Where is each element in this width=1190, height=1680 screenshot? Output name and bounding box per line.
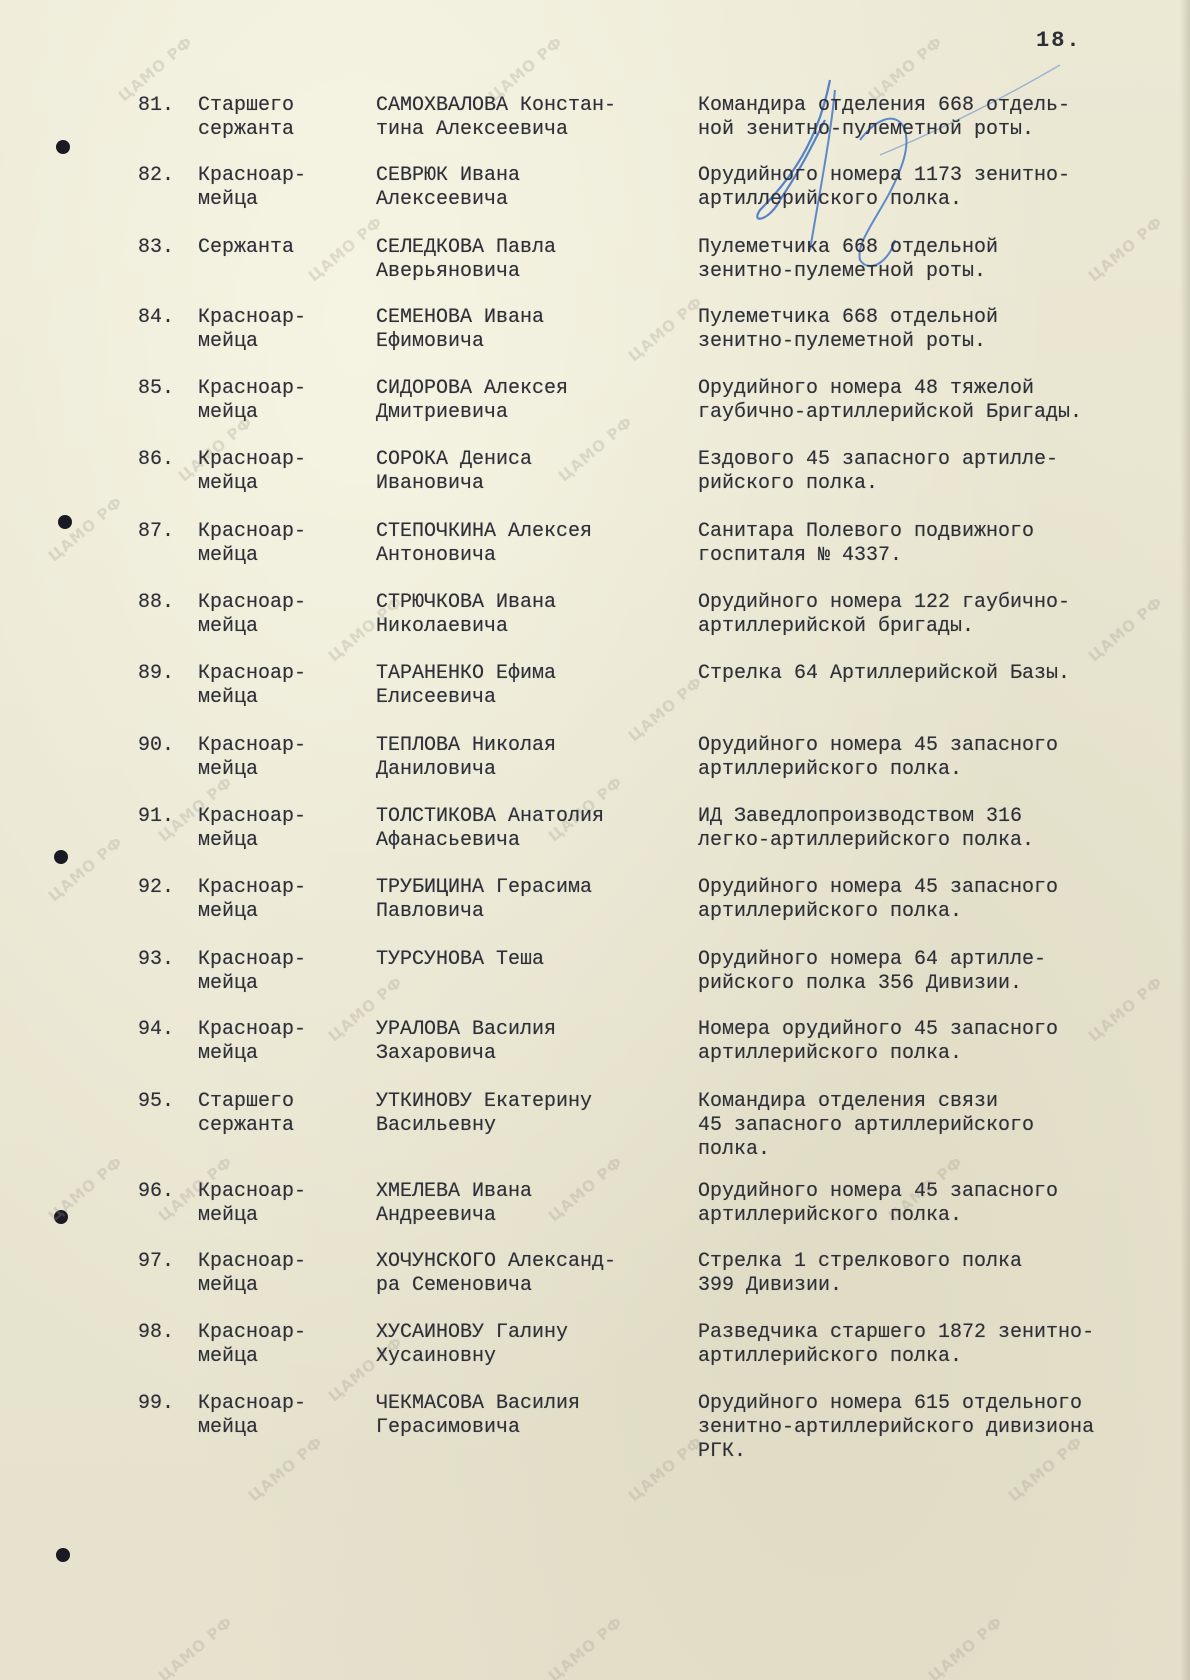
entry-rank: Сержанта [198, 236, 358, 260]
entry-position-line: Командира отделения 668 отдель- [698, 94, 1188, 118]
entry-rank: Красноар-мейца [198, 1180, 358, 1228]
entry-number: 98. [138, 1321, 198, 1345]
entry-name-line: СЕМЕНОВА Ивана [376, 306, 696, 330]
entry-number: 87. [138, 520, 198, 544]
entry-position: Стрелка 64 Артиллерийской Базы. [698, 662, 1188, 686]
punch-hole [54, 1210, 68, 1224]
entry-name-line: Хусаиновну [376, 1345, 696, 1369]
entry-number: 85. [138, 377, 198, 401]
entry-position-line: РГК. [698, 1440, 1188, 1464]
entry-position: Орудийного номера 45 запасногоартиллерий… [698, 1180, 1188, 1228]
entry-position-line: Орудийного номера 48 тяжелой [698, 377, 1188, 401]
entry-rank-line: мейца [198, 829, 358, 853]
entry-name-line: СТРЮЧКОВА Ивана [376, 591, 696, 615]
entry-rank: Красноар-мейца [198, 448, 358, 496]
entry-position-line: гаубично-артиллерийской Бригады. [698, 401, 1188, 425]
entry-position-line: Пулеметчика 668 отдельной [698, 306, 1188, 330]
entry-rank-line: мейца [198, 686, 358, 710]
entry-number: 93. [138, 948, 198, 972]
entry-position: Пулеметчика 668 отдельнойзенитно-пулемет… [698, 236, 1188, 284]
entry-name-line: СОРОКА Дениса [376, 448, 696, 472]
entry-rank-line: Красноар- [198, 662, 358, 686]
entry-rank-line: мейца [198, 615, 358, 639]
entry-rank-line: Красноар- [198, 164, 358, 188]
entry-position-line: Командира отделения связи [698, 1090, 1188, 1114]
entry-rank: Старшегосержанта [198, 94, 358, 142]
watermark: ЦАМО РФ [625, 1433, 707, 1505]
entry-rank-line: Старшего [198, 94, 358, 118]
entry-position-line: Стрелка 64 Артиллерийской Базы. [698, 662, 1188, 686]
entry-name-line: ХУСАИНОВУ Галину [376, 1321, 696, 1345]
entry-position-line: Орудийного номера 615 отдельного [698, 1392, 1188, 1416]
entry-position-line: Орудийного номера 64 артилле- [698, 948, 1188, 972]
entry-name-line: СТЕПОЧКИНА Алексея [376, 520, 696, 544]
entry-name-line: ТАРАНЕНКО Ефима [376, 662, 696, 686]
entry-number: 96. [138, 1180, 198, 1204]
entry-position: Пулеметчика 668 отдельнойзенитно-пулемет… [698, 306, 1188, 354]
watermark: ЦАМО РФ [545, 1613, 627, 1680]
entry-rank-line: мейца [198, 900, 358, 924]
entry-name-line: ТЕПЛОВА Николая [376, 734, 696, 758]
entry-name: ЧЕКМАСОВА ВасилияГерасимовича [376, 1392, 696, 1440]
entry-rank-line: Красноар- [198, 1018, 358, 1042]
entry-rank-line: Красноар- [198, 1250, 358, 1274]
entry-name-line: САМОХВАЛОВА Констан- [376, 94, 696, 118]
entry-rank-line: мейца [198, 330, 358, 354]
entry-position-line: легко-артиллерийского полка. [698, 829, 1188, 853]
entry-number: 94. [138, 1018, 198, 1042]
entry-rank-line: Сержанта [198, 236, 358, 260]
entry-rank-line: мейца [198, 188, 358, 212]
watermark: ЦАМО РФ [245, 1433, 327, 1505]
entry-position-line: артиллерийского полка. [698, 758, 1188, 782]
entry-rank: Красноар-мейца [198, 520, 358, 568]
entry-position-line: полка. [698, 1138, 1188, 1162]
entry-position: Орудийного номера 64 артилле-рийского по… [698, 948, 1188, 996]
entry-rank: Красноар-мейца [198, 1321, 358, 1369]
entry-rank-line: Старшего [198, 1090, 358, 1114]
entry-position-line: Ездового 45 запасного артилле- [698, 448, 1188, 472]
entry-rank: Старшегосержанта [198, 1090, 358, 1138]
entry-position: Орудийного номера 45 запасногоартиллерий… [698, 876, 1188, 924]
entry-name-line: Андреевича [376, 1204, 696, 1228]
entry-position-line: артиллерийского полка. [698, 1042, 1188, 1066]
entry-position-line: 45 запасного артиллерийского [698, 1114, 1188, 1138]
entry-name-line: Елисеевича [376, 686, 696, 710]
entry-rank-line: мейца [198, 1042, 358, 1066]
entry-position: Стрелка 1 стрелкового полка399 Дивизии. [698, 1250, 1188, 1298]
entry-number: 89. [138, 662, 198, 686]
entry-position-line: 399 Дивизии. [698, 1274, 1188, 1298]
entry-name: СОРОКА ДенисаИвановича [376, 448, 696, 496]
entry-position: Санитара Полевого подвижногогоспиталя № … [698, 520, 1188, 568]
entry-rank-line: Красноар- [198, 948, 358, 972]
entry-position-line: Орудийного номера 45 запасного [698, 1180, 1188, 1204]
entry-name-line: Ефимовича [376, 330, 696, 354]
entry-name-line: ТУРСУНОВА Теша [376, 948, 696, 972]
entry-name-line: ТОЛСТИКОВА Анатолия [376, 805, 696, 829]
entry-name-line: Павловича [376, 900, 696, 924]
entry-name: ХМЕЛЕВА ИванаАндреевича [376, 1180, 696, 1228]
entry-name: СЕВРЮК ИванаАлексеевича [376, 164, 696, 212]
entry-position: Ездового 45 запасного артилле-рийского п… [698, 448, 1188, 496]
entry-rank-line: мейца [198, 1274, 358, 1298]
entry-rank: Красноар-мейца [198, 591, 358, 639]
entry-rank: Красноар-мейца [198, 948, 358, 996]
entry-position-line: ной зенитно-пулеметной роты. [698, 118, 1188, 142]
entry-position-line: рийского полка. [698, 472, 1188, 496]
entry-rank-line: Красноар- [198, 591, 358, 615]
entry-rank: Красноар-мейца [198, 164, 358, 212]
entry-position: Орудийного номера 45 запасногоартиллерий… [698, 734, 1188, 782]
watermark: ЦАМО РФ [45, 833, 127, 905]
entry-position-line: Разведчика старшего 1872 зенитно- [698, 1321, 1188, 1345]
entry-rank-line: мейца [198, 1416, 358, 1440]
entry-number: 84. [138, 306, 198, 330]
entry-rank-line: Красноар- [198, 520, 358, 544]
entry-position-line: Стрелка 1 стрелкового полка [698, 1250, 1188, 1274]
entry-position-line: зенитно-пулеметной роты. [698, 260, 1188, 284]
watermark: ЦАМО РФ [45, 493, 127, 565]
entry-name: ХУСАИНОВУ ГалинуХусаиновну [376, 1321, 696, 1369]
entry-name-line: УТКИНОВУ Екатерину [376, 1090, 696, 1114]
entry-name: САМОХВАЛОВА Констан-тина Алексеевича [376, 94, 696, 142]
entry-position-line: Пулеметчика 668 отдельной [698, 236, 1188, 260]
watermark: ЦАМО РФ [155, 1613, 237, 1680]
entry-number: 83. [138, 236, 198, 260]
entry-position-line: Орудийного номера 1173 зенитно- [698, 164, 1188, 188]
punch-hole [56, 140, 70, 154]
entry-name-line: СИДОРОВА Алексея [376, 377, 696, 401]
entry-rank-line: Красноар- [198, 1321, 358, 1345]
entry-name-line: ХОЧУНСКОГО Александ- [376, 1250, 696, 1274]
document-page: 18. ЦАМО РФЦАМО РФЦАМО РФЦАМО РФЦАМО РФЦ… [0, 0, 1190, 1680]
entry-number: 82. [138, 164, 198, 188]
entry-position-line: зенитно-артиллерийского дивизиона [698, 1416, 1188, 1440]
entry-name-line: Васильевну [376, 1114, 696, 1138]
entry-name: ТРУБИЦИНА ГерасимаПавловича [376, 876, 696, 924]
entry-position: Номера орудийного 45 запасногоартиллерий… [698, 1018, 1188, 1066]
entry-rank-line: мейца [198, 972, 358, 996]
entry-rank-line: Красноар- [198, 377, 358, 401]
entry-position: Орудийного номера 122 гаубично-артиллери… [698, 591, 1188, 639]
entry-name-line: Ивановича [376, 472, 696, 496]
entry-name: ТАРАНЕНКО ЕфимаЕлисеевича [376, 662, 696, 710]
entry-name-line: Захаровича [376, 1042, 696, 1066]
entry-name-line: Алексеевича [376, 188, 696, 212]
entry-name: ТЕПЛОВА НиколаяДаниловича [376, 734, 696, 782]
entry-position-line: Санитара Полевого подвижного [698, 520, 1188, 544]
entry-rank-line: Красноар- [198, 1180, 358, 1204]
entry-rank-line: Красноар- [198, 448, 358, 472]
entry-rank-line: сержанта [198, 1114, 358, 1138]
entry-name: УТКИНОВУ ЕкатеринуВасильевну [376, 1090, 696, 1138]
entry-name-line: ра Семеновича [376, 1274, 696, 1298]
punch-hole [58, 515, 72, 529]
entry-position: Орудийного номера 48 тяжелойгаубично-арт… [698, 377, 1188, 425]
entry-name: СТРЮЧКОВА ИванаНиколаевича [376, 591, 696, 639]
entry-number: 91. [138, 805, 198, 829]
entry-number: 99. [138, 1392, 198, 1416]
entry-position-line: артиллерийского полка. [698, 900, 1188, 924]
entry-rank-line: мейца [198, 758, 358, 782]
entry-number: 90. [138, 734, 198, 758]
entry-position: Орудийного номера 1173 зенитно-артиллери… [698, 164, 1188, 212]
entry-rank: Красноар-мейца [198, 662, 358, 710]
entry-name-line: Герасимовича [376, 1416, 696, 1440]
entry-position: Командира отделения связи45 запасного ар… [698, 1090, 1188, 1162]
watermark: ЦАМО РФ [925, 1613, 1007, 1680]
entry-name-line: СЕВРЮК Ивана [376, 164, 696, 188]
entry-name-line: Аверьяновича [376, 260, 696, 284]
entry-number: 92. [138, 876, 198, 900]
entry-name-line: Дмитриевича [376, 401, 696, 425]
punch-hole [56, 1548, 70, 1562]
entry-rank: Красноар-мейца [198, 734, 358, 782]
entry-rank: Красноар-мейца [198, 1018, 358, 1066]
entry-position-line: зенитно-пулеметной роты. [698, 330, 1188, 354]
entry-position-line: Орудийного номера 45 запасного [698, 734, 1188, 758]
entry-rank-line: мейца [198, 1345, 358, 1369]
entry-position-line: артиллерийской бригады. [698, 615, 1188, 639]
entry-rank-line: мейца [198, 401, 358, 425]
entry-position: Разведчика старшего 1872 зенитно-артилле… [698, 1321, 1188, 1369]
entry-rank-line: мейца [198, 1204, 358, 1228]
entry-rank-line: мейца [198, 544, 358, 568]
entry-name: ТУРСУНОВА Теша [376, 948, 696, 972]
entry-number: 88. [138, 591, 198, 615]
entry-position: Командира отделения 668 отдель-ной зенит… [698, 94, 1188, 142]
entry-name-line: СЕЛЕДКОВА Павла [376, 236, 696, 260]
entry-rank-line: Красноар- [198, 805, 358, 829]
entry-number: 81. [138, 94, 198, 118]
entry-number: 95. [138, 1090, 198, 1114]
entry-name-line: Николаевича [376, 615, 696, 639]
entry-name-line: УРАЛОВА Василия [376, 1018, 696, 1042]
entry-number: 86. [138, 448, 198, 472]
entry-rank: Красноар-мейца [198, 377, 358, 425]
entry-position-line: ИД Заведлопроизводством 316 [698, 805, 1188, 829]
entry-rank-line: Красноар- [198, 306, 358, 330]
entry-position-line: госпиталя № 4337. [698, 544, 1188, 568]
entry-position: Орудийного номера 615 отдельногозенитно-… [698, 1392, 1188, 1464]
punch-hole [54, 850, 68, 864]
entry-rank-line: Красноар- [198, 1392, 358, 1416]
entry-number: 97. [138, 1250, 198, 1274]
entry-position-line: артиллерийского полка. [698, 188, 1188, 212]
entry-name: ТОЛСТИКОВА АнатолияАфанасьевича [376, 805, 696, 853]
entry-name-line: ХМЕЛЕВА Ивана [376, 1180, 696, 1204]
entry-name: СЕМЕНОВА ИванаЕфимовича [376, 306, 696, 354]
entry-rank-line: Красноар- [198, 734, 358, 758]
entry-name-line: ТРУБИЦИНА Герасима [376, 876, 696, 900]
page-number: 18. [1036, 28, 1082, 53]
entry-name: СТЕПОЧКИНА АлексеяАнтоновича [376, 520, 696, 568]
entry-name: СИДОРОВА АлексеяДмитриевича [376, 377, 696, 425]
entry-rank: Красноар-мейца [198, 876, 358, 924]
entry-rank-line: мейца [198, 472, 358, 496]
entry-position-line: Орудийного номера 45 запасного [698, 876, 1188, 900]
entry-rank: Красноар-мейца [198, 1250, 358, 1298]
entry-position-line: рийского полка 356 Дивизии. [698, 972, 1188, 996]
entry-rank-line: сержанта [198, 118, 358, 142]
entry-position-line: Орудийного номера 122 гаубично- [698, 591, 1188, 615]
entry-rank: Красноар-мейца [198, 306, 358, 354]
entry-rank: Красноар-мейца [198, 805, 358, 853]
entry-name-line: Даниловича [376, 758, 696, 782]
entry-name: ХОЧУНСКОГО Александ-ра Семеновича [376, 1250, 696, 1298]
entry-position: ИД Заведлопроизводством 316легко-артилле… [698, 805, 1188, 853]
entry-name-line: Афанасьевича [376, 829, 696, 853]
entry-name-line: Антоновича [376, 544, 696, 568]
entry-position-line: артиллерийского полка. [698, 1204, 1188, 1228]
entry-rank-line: Красноар- [198, 876, 358, 900]
entry-position-line: артиллерийского полка. [698, 1345, 1188, 1369]
entry-name-line: тина Алексеевича [376, 118, 696, 142]
entry-rank: Красноар-мейца [198, 1392, 358, 1440]
entry-name: СЕЛЕДКОВА ПавлаАверьяновича [376, 236, 696, 284]
entry-name-line: ЧЕКМАСОВА Василия [376, 1392, 696, 1416]
entry-position-line: Номера орудийного 45 запасного [698, 1018, 1188, 1042]
entry-name: УРАЛОВА ВасилияЗахаровича [376, 1018, 696, 1066]
